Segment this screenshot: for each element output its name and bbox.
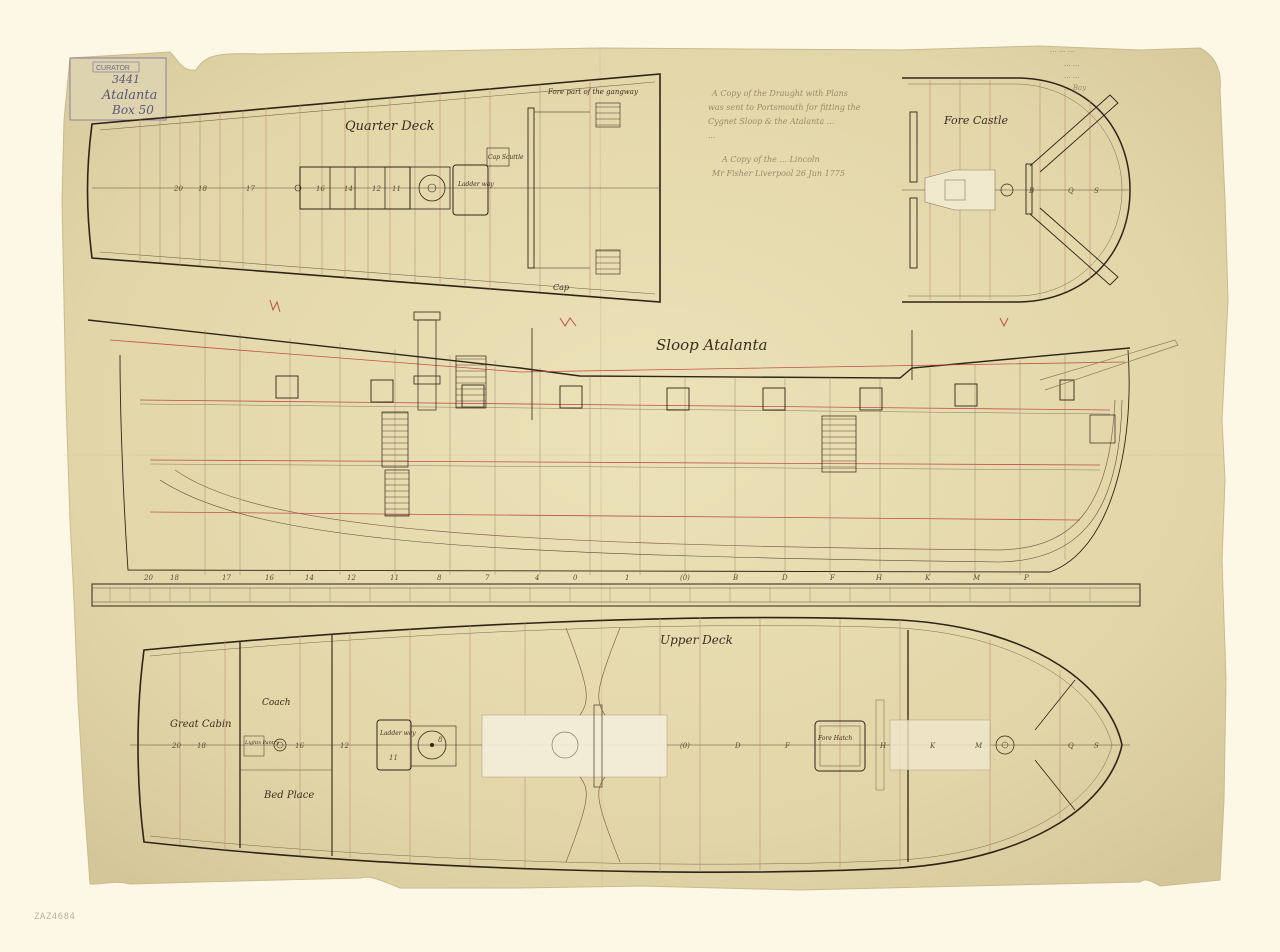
svg-text:11: 11	[389, 754, 398, 762]
svg-text:M: M	[974, 742, 983, 750]
svg-text:16: 16	[295, 742, 304, 750]
svg-text:K: K	[929, 742, 936, 750]
svg-text:8: 8	[438, 736, 443, 744]
svg-text:D: D	[781, 574, 788, 582]
svg-text:... ...: ... ...	[1064, 60, 1080, 68]
svg-text:16: 16	[316, 185, 325, 193]
upper-deck-label: Upper Deck	[660, 633, 733, 647]
svg-text:11: 11	[392, 185, 401, 193]
svg-text:...: ...	[708, 131, 716, 140]
svg-text:14: 14	[344, 185, 353, 193]
gangway-note: Fore part of the gangway	[547, 88, 639, 96]
svg-text:18: 18	[198, 185, 207, 193]
svg-text:17: 17	[222, 574, 231, 582]
svg-text:7: 7	[485, 574, 490, 582]
svg-text:P: P	[1023, 574, 1029, 582]
sloop-atalanta-title: Sloop Atalanta	[656, 336, 767, 354]
svg-text:Q: Q	[1068, 742, 1074, 750]
ship-draught-sheet: CURATOR 3441 Atalanta Box 50	[0, 0, 1280, 952]
svg-text:18: 18	[170, 574, 179, 582]
svg-text:20: 20	[171, 742, 181, 750]
svg-text:(0): (0)	[680, 742, 690, 750]
great-cabin-label: Great Cabin	[170, 719, 232, 730]
svg-text:S: S	[1094, 187, 1099, 195]
svg-text:... ...: ... ...	[1064, 72, 1080, 80]
bed-place-label: Bed Place	[263, 790, 314, 801]
svg-text:20: 20	[143, 574, 153, 582]
curator-stamp: CURATOR 3441 Atalanta Box 50	[70, 58, 166, 120]
svg-text:B: B	[1028, 187, 1034, 195]
svg-text:20: 20	[173, 185, 183, 193]
svg-text:S: S	[1094, 742, 1099, 750]
ladder-way-label: Ladder way	[379, 730, 416, 737]
scuttle-note: Cap Scuttle	[488, 154, 524, 161]
svg-text:was sent to Portsmouth for fit: was sent to Portsmouth for fitting the	[708, 103, 861, 112]
svg-text:1: 1	[625, 574, 629, 582]
svg-text:H: H	[875, 574, 883, 582]
svg-text:... ... ...: ... ... ...	[1050, 46, 1074, 54]
svg-text:18: 18	[197, 742, 206, 750]
svg-text:Cygnet Sloop & the Atalanta ..: Cygnet Sloop & the Atalanta ...	[708, 117, 834, 126]
lights-pantry-label: Lights Pantry	[244, 740, 279, 746]
svg-text:8: 8	[437, 574, 442, 582]
svg-text:Q: Q	[1068, 187, 1074, 195]
fore-castle-label: Fore Castle	[943, 114, 1008, 127]
svg-text:0: 0	[573, 574, 578, 582]
svg-text:(0): (0)	[680, 574, 690, 582]
stamp-number: 3441	[112, 73, 140, 86]
quarter-deck-label: Quarter Deck	[345, 119, 435, 134]
svg-text:K: K	[924, 574, 931, 582]
svg-text:A Copy of the ... Lincoln: A Copy of the ... Lincoln	[721, 155, 820, 164]
stamp-ship-name: Atalanta	[101, 88, 157, 103]
fore-hatch-label: Fore Hatch	[817, 735, 852, 742]
coach-label: Coach	[262, 698, 291, 708]
svg-text:H: H	[879, 742, 887, 750]
svg-text:16: 16	[265, 574, 274, 582]
reference-number: ZAZ4684	[34, 912, 75, 922]
svg-text:Mr Fisher Liverpool 26 Jun 177: Mr Fisher Liverpool 26 Jun 1775	[711, 169, 845, 178]
svg-text:A Copy of the Draught with Pla: A Copy of the Draught with Plans	[711, 89, 848, 98]
stamp-header: CURATOR	[96, 65, 130, 72]
svg-text:17: 17	[246, 185, 255, 193]
cap-note: Cap	[553, 283, 569, 292]
svg-text:D: D	[734, 742, 741, 750]
ladder-way-note: Ladder way	[457, 181, 494, 188]
svg-text:B: B	[732, 574, 738, 582]
svg-text:12: 12	[340, 742, 349, 750]
svg-text:14: 14	[305, 574, 314, 582]
svg-text:12: 12	[347, 574, 356, 582]
svg-text:11: 11	[390, 574, 399, 582]
stamp-box: Box 50	[111, 103, 154, 117]
svg-text:M: M	[972, 574, 981, 582]
svg-text:4: 4	[534, 574, 539, 582]
svg-text:12: 12	[372, 185, 381, 193]
